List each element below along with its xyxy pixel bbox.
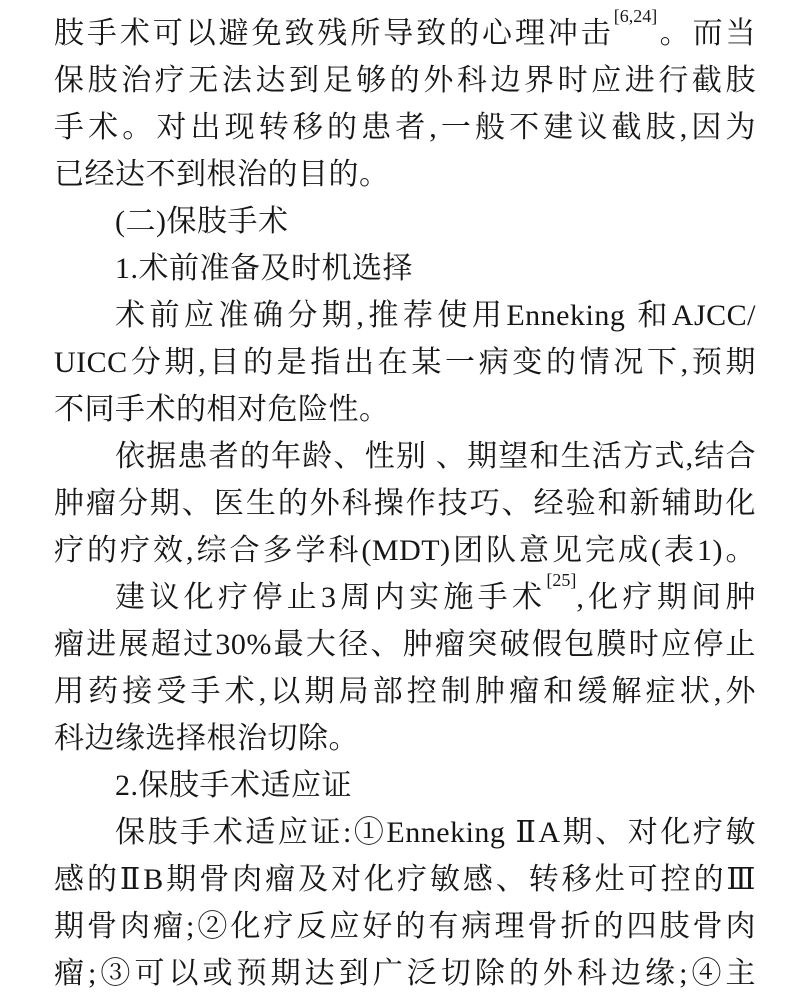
paragraph: 建议化疗停止3周内实施手术[25],化疗期间肿 瘤进展超过30%最大径、肿瘤突破… — [54, 574, 756, 762]
text-line: 不同手术的相对危险性。 — [54, 386, 756, 433]
citation-ref: [6,24] — [614, 6, 658, 26]
citation-ref: [25] — [546, 570, 576, 590]
text-run: 术前应准确分期,推荐使用Enneking 和AJCC/ — [115, 299, 756, 332]
text-line: 肿瘤分期、医生的外科操作技巧、经验和新辅助化 — [54, 480, 756, 527]
text-line: 术前应准确分期,推荐使用Enneking 和AJCC/ — [54, 292, 756, 339]
text-run: 瘤;③可以或预期达到广泛切除的外科边缘;④主 — [54, 957, 756, 990]
text-line: 疗的疗效,综合多学科(MDT)团队意见完成(表1)。 — [54, 527, 756, 574]
text-run: 疗的疗效,综合多学科(MDT)团队意见完成(表1)。 — [54, 534, 756, 567]
text-block: 肢手术可以避免致残所导致的心理冲击[6,24]。而当 保肢治疗无法达到足够的外科… — [0, 0, 800, 997]
text-run: 科边缘选择根治切除。 — [54, 722, 359, 755]
text-run: 。而当 — [657, 17, 756, 50]
text-run: ,化疗期间肿 — [576, 581, 756, 614]
text-line: UICC分期,目的是指出在某一病变的情况下,预期 — [54, 339, 756, 386]
text-run: 依据患者的年龄、性别 、期望和生活方式,结合 — [115, 440, 756, 473]
text-run: 2.保肢手术适应证 — [115, 769, 352, 802]
text-line: 手术。对出现转移的患者,一般不建议截肢,因为 — [54, 104, 756, 151]
text-run: 保肢治疗无法达到足够的外科边界时应进行截肢 — [54, 64, 756, 97]
text-run: 期骨肉瘤;②化疗反应好的有病理骨折的四肢骨肉 — [54, 910, 756, 943]
text-run: 用药接受手术,以期局部控制肿瘤和缓解症状,外 — [54, 675, 756, 708]
text-run: 肿瘤分期、医生的外科操作技巧、经验和新辅助化 — [54, 487, 756, 520]
text-run: 保肢手术适应证:①Enneking ⅡA期、对化疗敏 — [115, 816, 756, 849]
text-line: 瘤进展超过30%最大径、肿瘤突破假包膜时应停止 — [54, 621, 756, 668]
heading-line: 2.保肢手术适应证 — [54, 762, 756, 809]
text-line: 已经达不到根治的目的。 — [54, 151, 756, 198]
document-page: 肢手术可以避免致残所导致的心理冲击[6,24]。而当 保肢治疗无法达到足够的外科… — [0, 0, 800, 1002]
text-line: 感的ⅡB期骨肉瘤及对化疗敏感、转移灶可控的Ⅲ — [54, 856, 756, 903]
text-run: 不同手术的相对危险性。 — [54, 393, 390, 426]
heading-line: 1.术前准备及时机选择 — [54, 245, 756, 292]
text-run: (二)保肢手术 — [115, 205, 288, 238]
text-line: 用药接受手术,以期局部控制肿瘤和缓解症状,外 — [54, 668, 756, 715]
text-run: 肢手术可以避免致残所导致的心理冲击 — [54, 17, 614, 50]
paragraph: 依据患者的年龄、性别 、期望和生活方式,结合 肿瘤分期、医生的外科操作技巧、经验… — [54, 433, 756, 574]
text-line: 保肢治疗无法达到足够的外科边界时应进行截肢 — [54, 57, 756, 104]
text-run: UICC分期,目的是指出在某一病变的情况下,预期 — [54, 346, 756, 379]
text-line: 依据患者的年龄、性别 、期望和生活方式,结合 — [54, 433, 756, 480]
text-line: 建议化疗停止3周内实施手术[25],化疗期间肿 — [54, 574, 756, 621]
text-line: 瘤;③可以或预期达到广泛切除的外科边缘;④主 — [54, 950, 756, 997]
subsection-heading: 1.术前准备及时机选择 — [54, 245, 756, 292]
text-run: 手术。对出现转移的患者,一般不建议截肢,因为 — [54, 111, 756, 144]
paragraph: 保肢手术适应证:①Enneking ⅡA期、对化疗敏 感的ⅡB期骨肉瘤及对化疗敏… — [54, 809, 756, 997]
text-run: 1.术前准备及时机选择 — [115, 252, 413, 285]
text-line: 科边缘选择根治切除。 — [54, 715, 756, 762]
text-line: 期骨肉瘤;②化疗反应好的有病理骨折的四肢骨肉 — [54, 903, 756, 950]
text-line: 保肢手术适应证:①Enneking ⅡA期、对化疗敏 — [54, 809, 756, 856]
heading-line: (二)保肢手术 — [54, 198, 756, 245]
text-run: 建议化疗停止3周内实施手术 — [115, 581, 546, 614]
text-run: 感的ⅡB期骨肉瘤及对化疗敏感、转移灶可控的Ⅲ — [54, 863, 756, 896]
text-run: 瘤进展超过30%最大径、肿瘤突破假包膜时应停止 — [54, 628, 756, 661]
section-heading: (二)保肢手术 — [54, 198, 756, 245]
text-run: 已经达不到根治的目的。 — [54, 158, 390, 191]
text-line: 肢手术可以避免致残所导致的心理冲击[6,24]。而当 — [54, 10, 756, 57]
paragraph: 肢手术可以避免致残所导致的心理冲击[6,24]。而当 保肢治疗无法达到足够的外科… — [54, 10, 756, 198]
subsection-heading: 2.保肢手术适应证 — [54, 762, 756, 809]
paragraph: 术前应准确分期,推荐使用Enneking 和AJCC/ UICC分期,目的是指出… — [54, 292, 756, 433]
